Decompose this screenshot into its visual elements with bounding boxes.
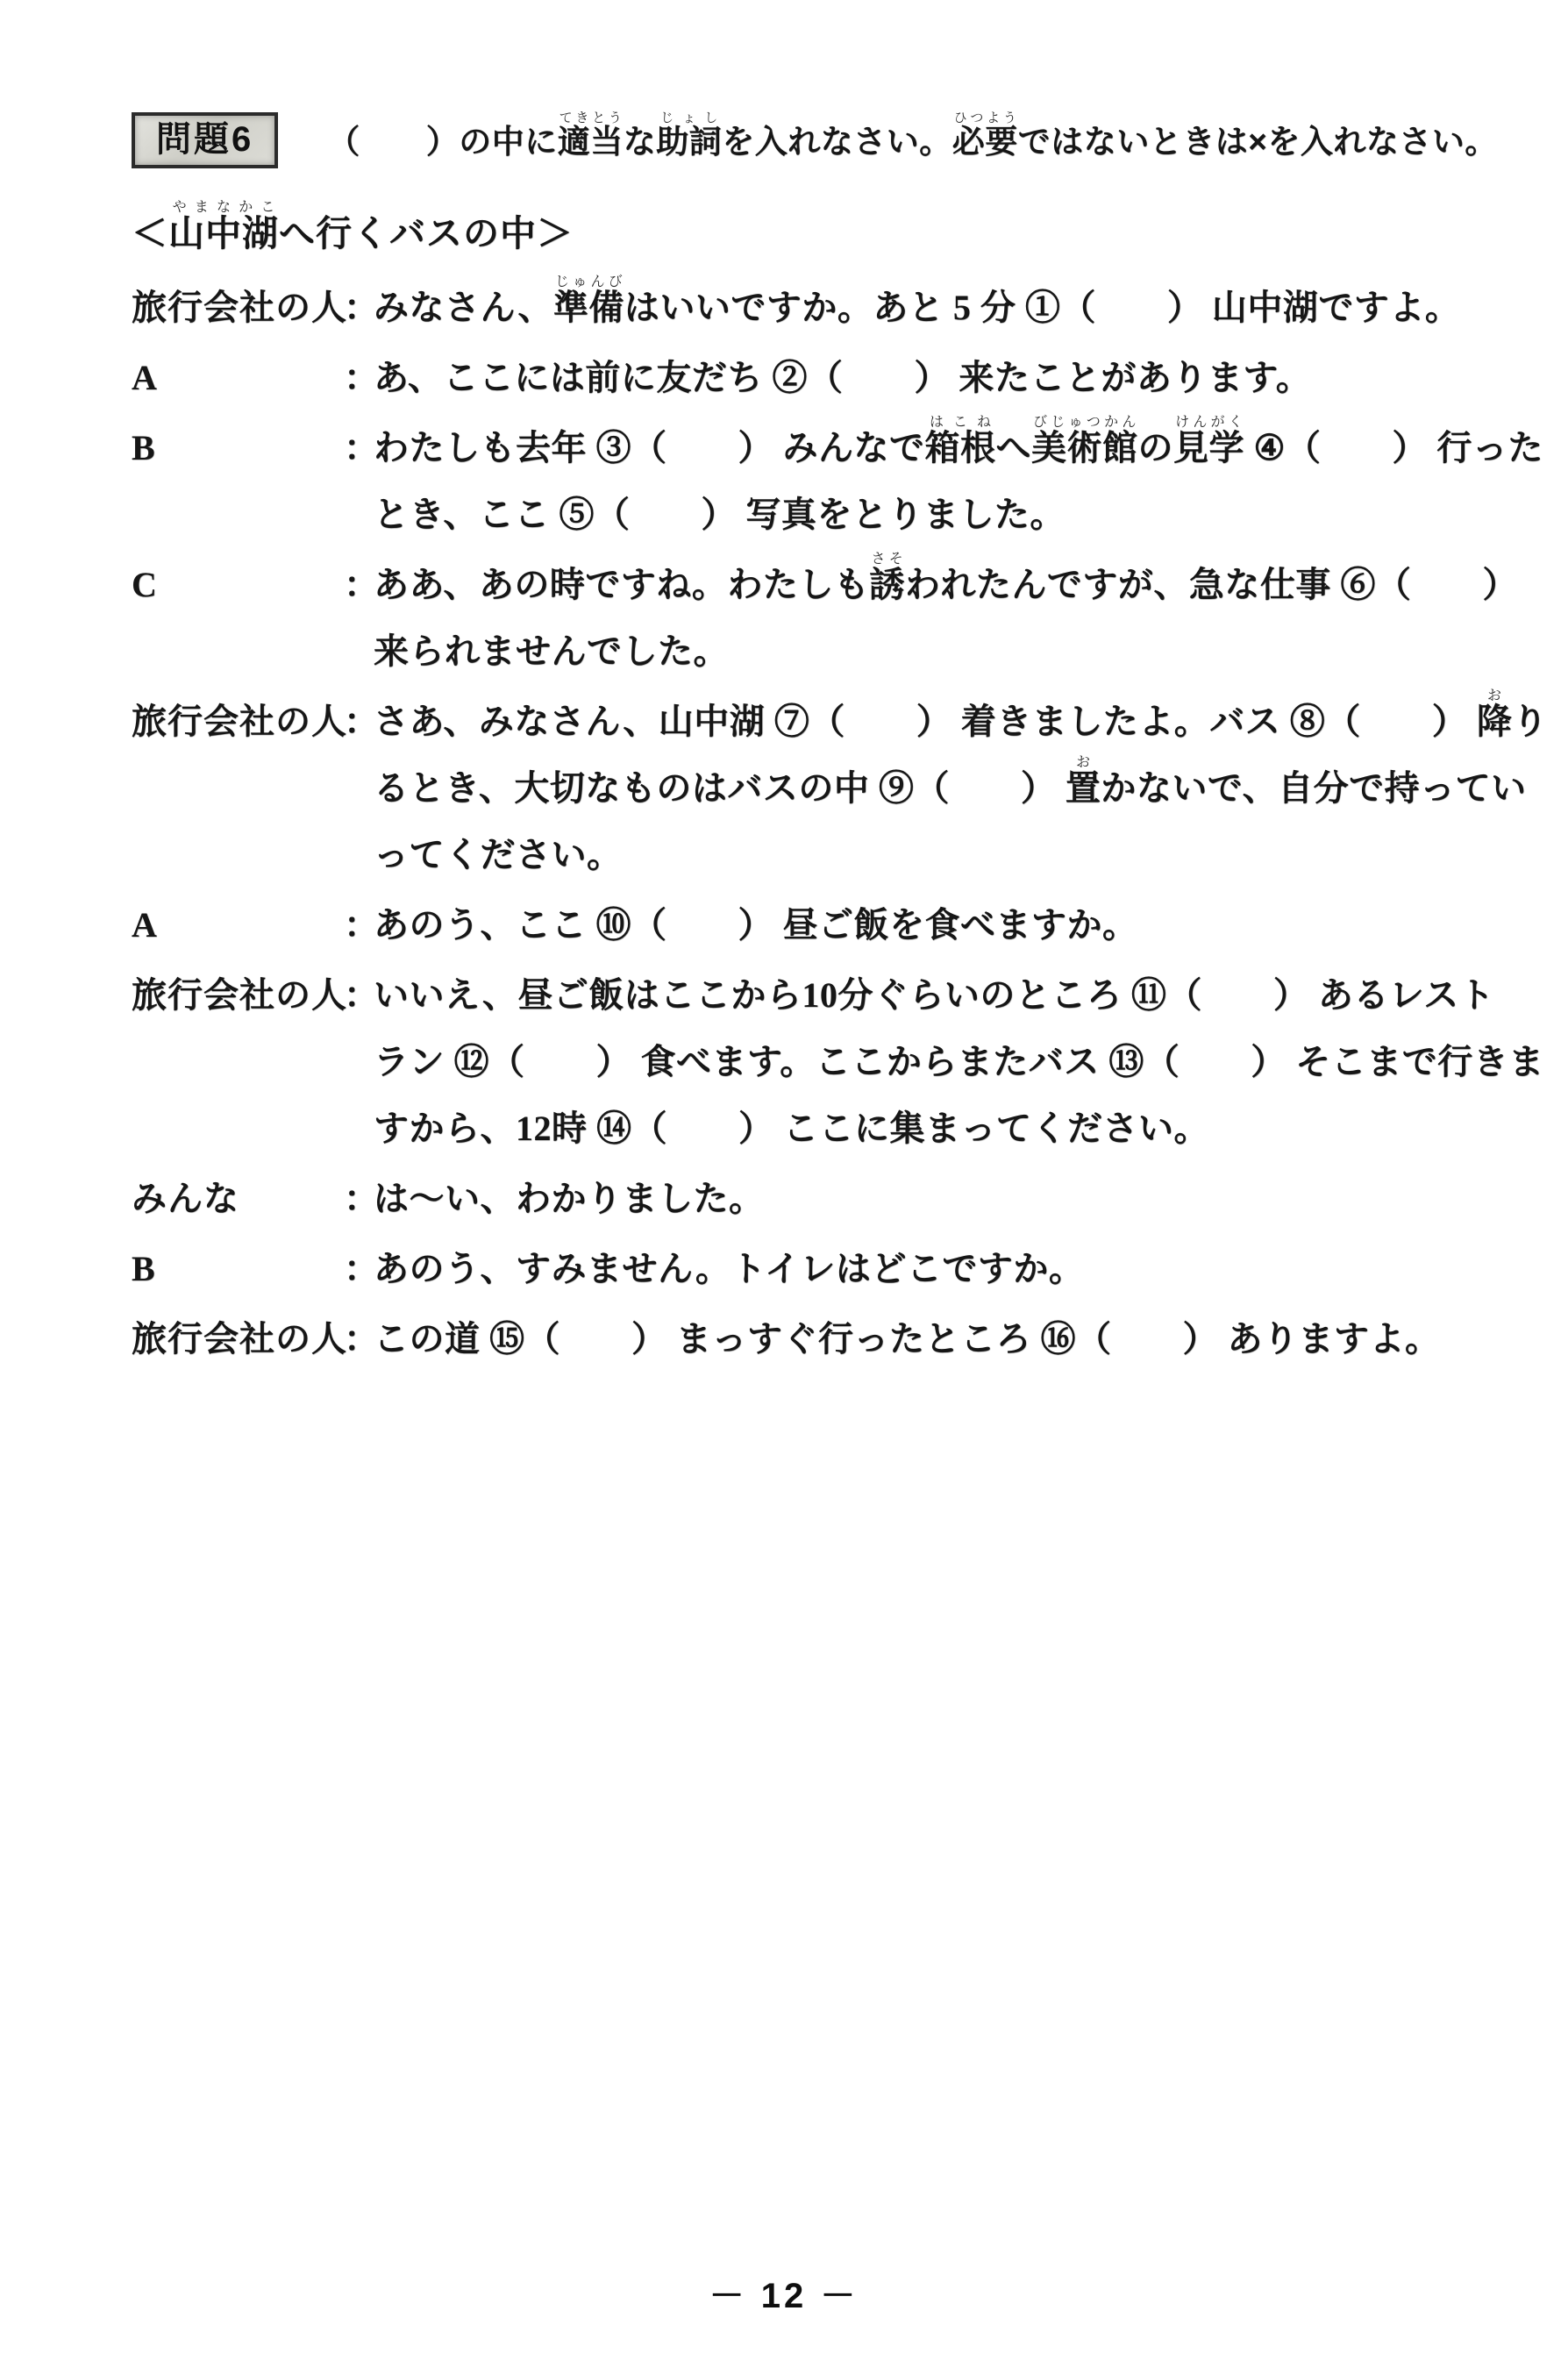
speech-line: あ、ここには前に友だち ②（ ） 来たことがあります。 [374,345,1473,411]
speaker-colon: ： [344,552,374,685]
ruby-annotated-word: 必要ひつよう [952,124,1018,160]
ruby-annotated-word: 準備じゅんび [553,288,624,327]
speaker-colon: ： [344,1306,374,1373]
ruby-annotated-word: 誘さそ [869,565,905,604]
ruby-annotated-word: 美術館びじゅつかん [1031,428,1138,467]
speech-body: あのう、ここ ⑩（ ） 昼ご飯を食べますか。 [374,892,1473,959]
speech-line: あのう、ここ ⑩（ ） 昼ご飯を食べますか。 [374,892,1473,959]
speaker-colon: ： [344,962,374,1162]
ruby-annotated-word: 見学けんがく [1173,428,1244,467]
exercise-instruction: （ ）の中に適当てきとうな助詞じょしを入れなさい。必要ひつようではないときは×を… [327,111,1498,168]
speech-body: あ、ここには前に友だち ②（ ） 来たことがあります。 [374,345,1473,411]
speech-line: さあ、みなさん、山中湖 ⑦（ ） 着きましたよ。バス ⑧（ ） 降おり [374,688,1473,755]
dialogue: 旅行会社の人：みなさん、準備じゅんびはいいですか。あと 5 分 ①（ ） 山中湖… [132,275,1473,1373]
ruby-annotated-word: 適当てきとう [558,124,624,160]
ruby-annotated-word: 助詞じょし [656,124,722,160]
speaker-label: B [132,1236,344,1302]
speaker-label: みんな [132,1166,344,1232]
dialogue-turn: C：ああ、あの時ですね。わたしも誘さそわれたんですが、急な仕事 ⑥（ ）来られま… [132,552,1473,685]
speech-body: あのう、すみません。トイレはどこですか。 [374,1236,1473,1302]
speech-line: は～い、わかりました。 [374,1166,1473,1232]
speech-line: あのう、すみません。トイレはどこですか。 [374,1236,1473,1302]
speaker-label: A [132,345,344,411]
problem-number-label: 問題6 [156,120,253,159]
speech-body: みなさん、準備じゅんびはいいですか。あと 5 分 ①（ ） 山中湖ですよ。 [374,275,1473,341]
dialogue-turn: A：あ、ここには前に友だち ②（ ） 来たことがあります。 [132,345,1473,411]
dialogue-turn: 旅行会社の人：みなさん、準備じゅんびはいいですか。あと 5 分 ①（ ） 山中湖… [132,275,1473,341]
ruby-annotated-word: 箱根はこね [925,428,996,467]
speaker-label: 旅行会社の人 [132,275,344,341]
speaker-colon: ： [344,892,374,959]
speaker-label: B [132,415,344,548]
problem-number-box: 問題6 [132,112,278,168]
speaker-label: 旅行会社の人 [132,962,344,1162]
speech-line: この道 ⑮（ ） まっすぐ行ったところ ⑯（ ） ありますよ。 [374,1306,1473,1373]
dialogue-turn: みんな：は～い、わかりました。 [132,1166,1473,1232]
dialogue-turn: B：あのう、すみません。トイレはどこですか。 [132,1236,1473,1302]
speech-line: すから、12時 ⑭（ ） ここに集まってください。 [374,1095,1473,1162]
speaker-colon: ： [344,1166,374,1232]
speech-line: ああ、あの時ですね。わたしも誘さそわれたんですが、急な仕事 ⑥（ ） [374,552,1473,618]
worksheet-page: 問題6 （ ）の中に適当てきとうな助詞じょしを入れなさい。必要ひつようではないと… [0,0,1568,2375]
speaker-label: A [132,892,344,959]
speech-body: わたしも去年 ③（ ） みんなで箱根はこねへ美術館びじゅつかんの見学けんがく ④… [374,415,1473,548]
dialogue-turn: B：わたしも去年 ③（ ） みんなで箱根はこねへ美術館びじゅつかんの見学けんがく… [132,415,1473,548]
dialogue-turn: 旅行会社の人：いいえ、昼ご飯はここから10分ぐらいのところ ⑪（ ） あるレスト… [132,962,1473,1162]
speaker-colon: ： [344,415,374,548]
dialogue-turn: 旅行会社の人：この道 ⑮（ ） まっすぐ行ったところ ⑯（ ） ありますよ。 [132,1306,1473,1373]
speech-body: この道 ⑮（ ） まっすぐ行ったところ ⑯（ ） ありますよ。 [374,1306,1473,1373]
ruby-annotated-word: 置お [1066,768,1101,808]
speech-line: るとき、大切なものはバスの中 ⑨（ ） 置おかないで、自分で持ってい [374,755,1473,822]
speaker-colon: ： [344,345,374,411]
page-number: － 12 － [0,2268,1568,2318]
ruby-annotated-word: 降お [1477,702,1513,741]
speech-body: ああ、あの時ですね。わたしも誘さそわれたんですが、急な仕事 ⑥（ ）来られません… [374,552,1473,685]
scene-heading: ＜山中湖やまなかこへ行くバスの中＞ [132,200,1473,262]
speaker-label: 旅行会社の人 [132,1306,344,1373]
speech-line: みなさん、準備じゅんびはいいですか。あと 5 分 ①（ ） 山中湖ですよ。 [374,275,1473,341]
dialogue-turn: 旅行会社の人：さあ、みなさん、山中湖 ⑦（ ） 着きましたよ。バス ⑧（ ） 降… [132,688,1473,888]
speech-line: わたしも去年 ③（ ） みんなで箱根はこねへ美術館びじゅつかんの見学けんがく ④… [374,415,1473,481]
speech-line: とき、ここ ⑤（ ） 写真をとりました。 [374,481,1473,548]
ruby-annotated-word: 山中湖やまなかこ [168,213,279,253]
speech-line: ラン ⑫（ ） 食べます。ここからまたバス ⑬（ ） そこまで行きま [374,1029,1473,1095]
speaker-colon: ： [344,1236,374,1302]
speech-line: 来られませんでした。 [374,618,1473,685]
speech-body: は～い、わかりました。 [374,1166,1473,1232]
speech-body: さあ、みなさん、山中湖 ⑦（ ） 着きましたよ。バス ⑧（ ） 降おりるとき、大… [374,688,1473,888]
speaker-label: 旅行会社の人 [132,688,344,888]
speaker-colon: ： [344,688,374,888]
exercise-content: 問題6 （ ）の中に適当てきとうな助詞じょしを入れなさい。必要ひつようではないと… [132,111,1473,1376]
speech-body: いいえ、昼ご飯はここから10分ぐらいのところ ⑪（ ） あるレストラン ⑫（ ）… [374,962,1473,1162]
speaker-label: C [132,552,344,685]
speaker-colon: ： [344,275,374,341]
exercise-header: 問題6 （ ）の中に適当てきとうな助詞じょしを入れなさい。必要ひつようではないと… [132,111,1473,168]
speech-line: いいえ、昼ご飯はここから10分ぐらいのところ ⑪（ ） あるレスト [374,962,1473,1029]
speech-line: ってください。 [374,822,1473,888]
dialogue-turn: A：あのう、ここ ⑩（ ） 昼ご飯を食べますか。 [132,892,1473,959]
